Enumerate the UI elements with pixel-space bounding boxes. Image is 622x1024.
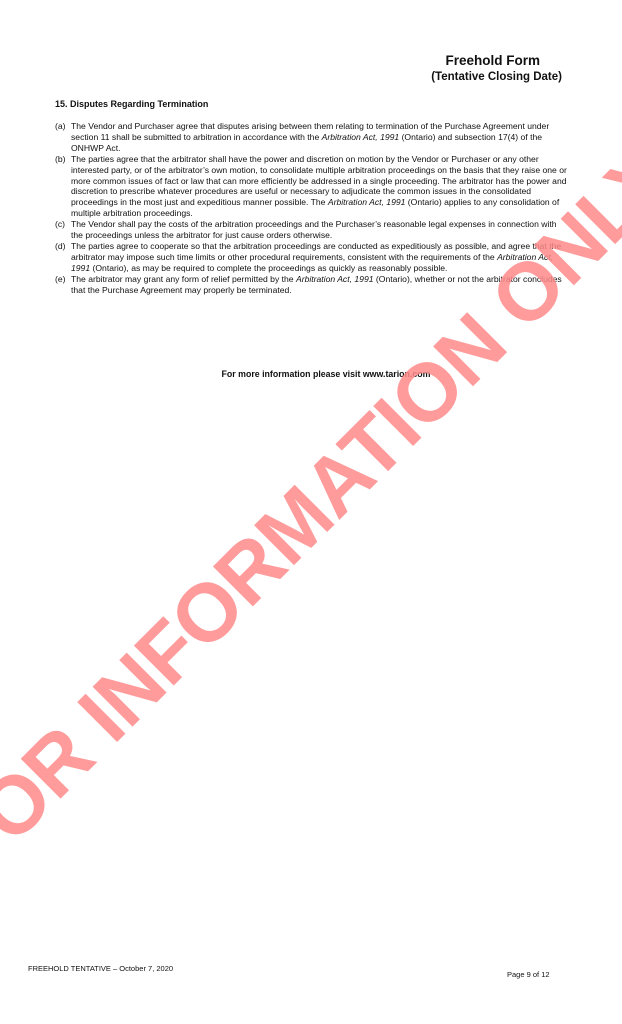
clause-text: The parties agree to cooperate so that t… xyxy=(71,241,570,274)
form-title: Freehold Form xyxy=(445,53,540,68)
clause-label: (b) xyxy=(55,154,71,219)
form-subtitle: (Tentative Closing Date) xyxy=(431,71,562,83)
clause-label: (e) xyxy=(55,274,71,296)
clause-text-part: (Ontario), as may be required to complet… xyxy=(90,263,447,273)
act-name: Arbitration Act, 1991 xyxy=(296,274,374,284)
clause-text: The arbitrator may grant any form of rel… xyxy=(71,274,570,296)
act-name: Arbitration Act, 1991 xyxy=(328,197,406,207)
clause-text: The Vendor shall pay the costs of the ar… xyxy=(71,219,570,241)
clause-text-part: The Vendor shall pay the costs of the ar… xyxy=(71,219,557,240)
clause-b: (b) The parties agree that the arbitrato… xyxy=(55,154,570,219)
footer-form-version: FREEHOLD TENTATIVE – October 7, 2020 xyxy=(28,964,173,973)
clause-label: (a) xyxy=(55,121,71,154)
section-title: 15. Disputes Regarding Termination xyxy=(55,99,208,109)
clause-e: (e) The arbitrator may grant any form of… xyxy=(55,274,570,296)
clause-text-part: The parties agree to cooperate so that t… xyxy=(71,241,561,262)
clause-text-part: The arbitrator may grant any form of rel… xyxy=(71,274,296,284)
clause-c: (c) The Vendor shall pay the costs of th… xyxy=(55,219,570,241)
act-name: Arbitration Act, 1991 xyxy=(322,132,400,142)
clause-text: The Vendor and Purchaser agree that disp… xyxy=(71,121,570,154)
page-number: Page 9 of 12 xyxy=(507,970,550,979)
clause-label: (d) xyxy=(55,241,71,274)
more-info-link[interactable]: For more information please visit www.ta… xyxy=(0,369,622,379)
clause-text: The parties agree that the arbitrator sh… xyxy=(71,154,570,219)
clause-label: (c) xyxy=(55,219,71,241)
clause-d: (d) The parties agree to cooperate so th… xyxy=(55,241,570,274)
clause-a: (a) The Vendor and Purchaser agree that … xyxy=(55,121,570,154)
clause-list: (a) The Vendor and Purchaser agree that … xyxy=(55,121,570,296)
